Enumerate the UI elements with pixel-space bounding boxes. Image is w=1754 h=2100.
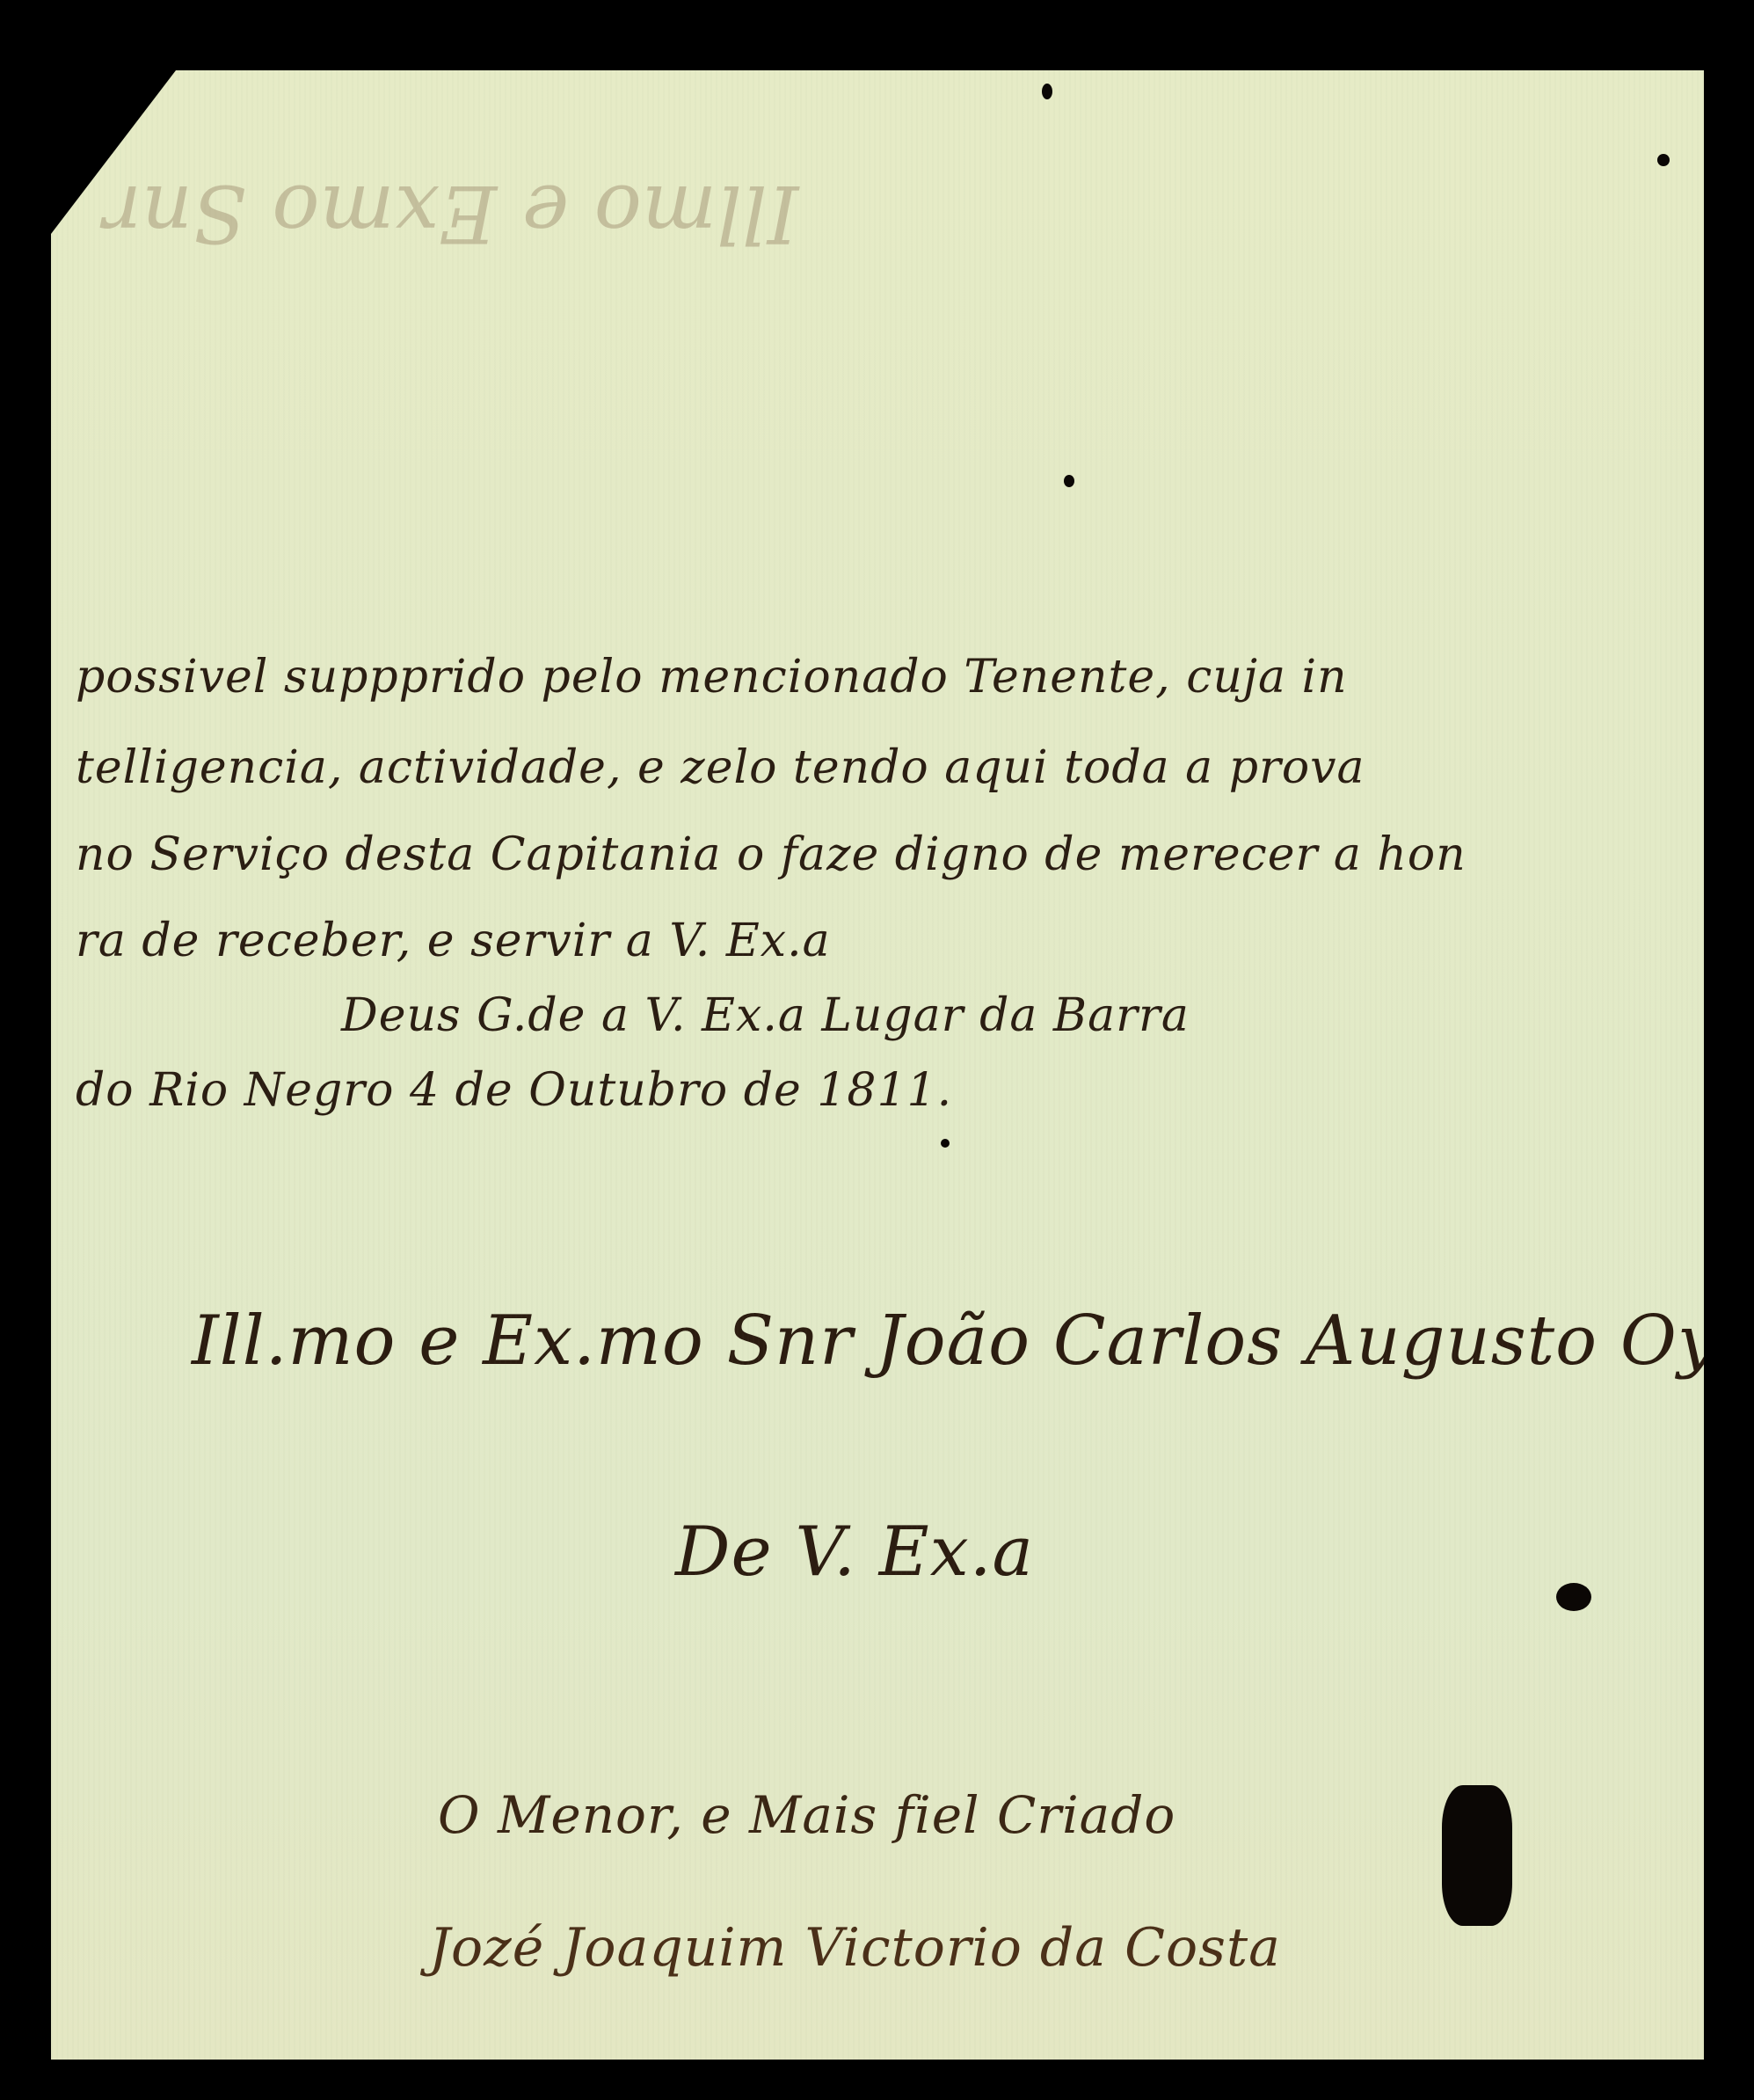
body-line-1: possivel suppprido pelo mencionado Tenen… <box>76 651 1348 704</box>
signature: Jozé Joaquim Victorio da Costa <box>429 1917 1281 1979</box>
manuscript-page: Illmo e Exmo Snr possivel suppprido pelo… <box>51 70 1704 2060</box>
ink-spot <box>1042 84 1052 99</box>
body-line-3: no Serviço desta Capitania o faze digno … <box>76 828 1467 881</box>
dateline-2: do Rio Negro 4 de Outubro de 1811. <box>76 1064 952 1117</box>
body-line-2: telligencia, actividade, e zelo tendo aq… <box>76 741 1365 794</box>
salutation: De V. Ex.a <box>675 1513 1034 1592</box>
addressee-line: Ill.mo e Ex.mo Snr João Carlos Augusto O… <box>192 1302 1754 1381</box>
body-line-4: ra de receber, e servir a V. Ex.a <box>76 915 831 967</box>
bleed-through-text: Illmo e Exmo Snr <box>104 167 798 259</box>
ink-spot <box>1556 1583 1591 1611</box>
ink-stain <box>1442 1785 1512 1926</box>
ink-spot <box>1064 475 1074 487</box>
dateline-1: Deus G.de a V. Ex.a Lugar da Barra <box>341 989 1190 1042</box>
closing-line: O Menor, e Mais fiel Criado <box>438 1785 1175 1845</box>
ink-spot <box>941 1139 950 1148</box>
ink-spot <box>1657 154 1670 166</box>
